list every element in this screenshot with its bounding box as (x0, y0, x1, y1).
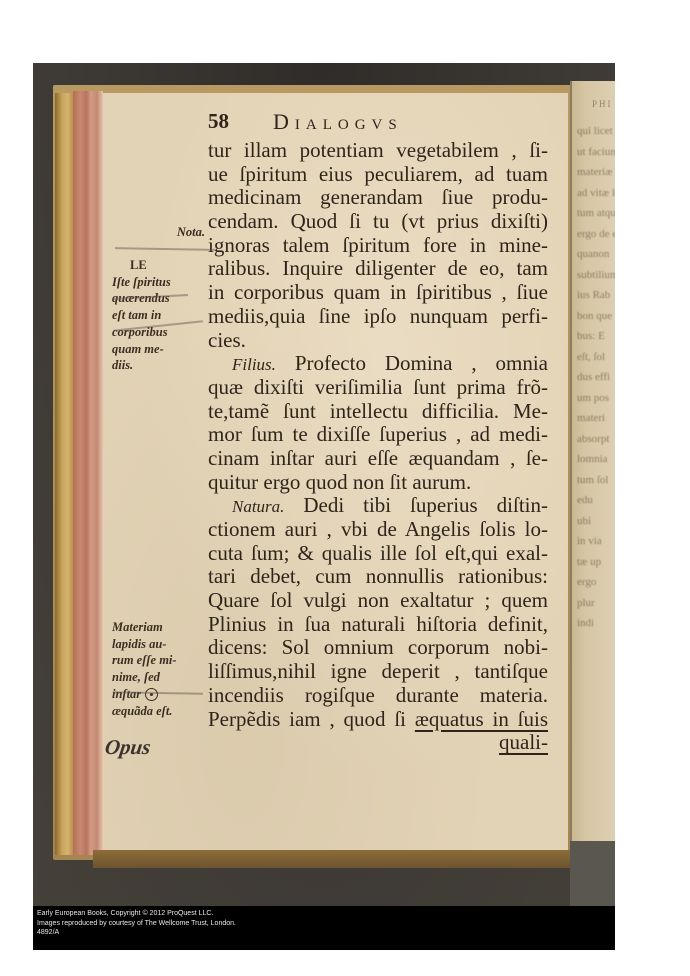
marginal-line: quam me- (112, 341, 207, 358)
facing-line: ubi (577, 511, 615, 532)
text-line: ctionem auri , vbi de Angelis ſolis lo- (208, 518, 548, 542)
text-line: quæ dixiſti veriſimilia ſunt prima frõ- (208, 376, 548, 400)
text-line: cies. (208, 329, 548, 353)
text-line: te,tamẽ ſunt intellectu difficilia. Me- (208, 400, 548, 424)
facing-line: ut faciunt (577, 142, 615, 163)
text-line: cinam inſtar auri eſſe æquandam , ſe- (208, 447, 548, 471)
facing-line: bon que (577, 306, 615, 327)
facing-page-edge: PHI qui licet ha ut faciunt materiæ ad v… (570, 81, 615, 841)
marginal-line-sun: inſtar (112, 686, 207, 703)
manicule-mark: LE (112, 257, 207, 274)
facing-line: subtilium (577, 265, 615, 286)
facing-line: absorpt (577, 429, 615, 450)
facing-line: edu (577, 490, 615, 511)
footer-courtesy: Images reproduced by courtesy of The Wel… (37, 919, 615, 929)
text-line: medicinam generandam ſiue produ- (208, 186, 548, 210)
facing-line: lomnia (577, 449, 615, 470)
facing-line: plur (577, 593, 615, 614)
facing-line: ergo de ea (577, 224, 615, 245)
text-line: mediis,quia ſine ipſo nunquam perfi- (208, 305, 548, 329)
text-line-natura: Natura. Dedi tibi ſuperius diſtin- (208, 494, 548, 518)
text-line: quitur ergo quod non ſit aurum. (208, 471, 548, 495)
body-text: tur illam potentiam vegetabilem , ſi- ue… (208, 139, 548, 755)
running-title: Dialogvs (273, 109, 403, 135)
book-scan: PHI qui licet ha ut faciunt materiæ ad v… (33, 63, 615, 906)
running-head: 58 Dialogvs (208, 109, 508, 133)
text-line: Quare ſol vulgi non exaltatur ; quem (208, 589, 548, 613)
handwritten-annotation: Opus (103, 735, 152, 760)
page-number: 58 (208, 109, 229, 134)
footer-shelfmark: 4892/A (37, 928, 615, 938)
facing-line: quanon (577, 244, 615, 265)
marginal-nota: Nota. (115, 224, 205, 241)
text-line: cuta ſum; & qualis ille ſol eſt,qui exal… (208, 542, 548, 566)
facing-line: um pos (577, 388, 615, 409)
underlined-text: æquatus in ſuis (415, 707, 548, 731)
facing-page-text: qui licet ha ut faciunt materiæ ad vitæ … (577, 121, 615, 634)
page-bottom-edge (93, 850, 571, 868)
gilt-edge (55, 93, 73, 855)
text-line: incendiis rogiſque durante materia. (208, 684, 548, 708)
marginal-line: nime, ſed (112, 669, 207, 686)
text-line: in corporibus quam in ſpiritibus , ſiue (208, 281, 548, 305)
text-line: tur illam potentiam vegetabilem , ſi- (208, 139, 548, 163)
text-line-underlined: Perpẽdis iam , quod ſi æquatus in ſuis (208, 708, 548, 732)
facing-line: materi (577, 408, 615, 429)
marginal-line: Iſte ſpiritus (112, 274, 207, 291)
marginal-line: Materiam (112, 619, 207, 636)
facing-line: tum atque (577, 203, 615, 224)
facing-line: ergo (577, 572, 615, 593)
text-segment: Profecto Domina , omnia (295, 351, 548, 375)
facing-line: tum ſol (577, 470, 615, 491)
catchword: quali- (499, 730, 548, 754)
text-line: ignoras talem ſpiritum fore in mine- (208, 234, 548, 258)
text-line: dicens: Sol omnium corporum nobi- (208, 636, 548, 660)
facing-line: materiæ (577, 162, 615, 183)
marginal-note-materiam: Materiam lapidis au- rum eſſe mi- nime, … (112, 619, 207, 719)
text-line: cendam. Quod ſi tu (vt prius dixiſti) (208, 210, 548, 234)
facing-page-shadow (570, 841, 615, 906)
text-segment: Perpẽdis iam , quod ſi (208, 707, 406, 731)
marginal-text: inſtar (112, 687, 141, 701)
facing-line: eſt, ſol (577, 347, 615, 368)
facing-line: ius Rab (577, 285, 615, 306)
speaker-filius: Filius. (232, 355, 276, 374)
marginal-line: lapidis au- (112, 636, 207, 653)
facing-line: indi (577, 613, 615, 634)
text-line: ue ſpiritum eius peculiarem, ad tuam (208, 163, 548, 187)
text-line-filius: Filius. Profecto Domina , omnia (208, 352, 548, 376)
marginal-line: æquãda eſt. (112, 703, 207, 720)
facing-line: tæ up (577, 552, 615, 573)
speaker-natura: Natura. (232, 497, 284, 516)
red-page-edge (73, 91, 103, 855)
facing-line: qui licet ha (577, 121, 615, 142)
text-line: mor ſum te dixiſſe ſuperius , ad medi- (208, 423, 548, 447)
footer-copyright: Early European Books, Copyright © 2012 P… (37, 909, 615, 919)
text-line: tari debet, cum nonnullis rationibus: (208, 565, 548, 589)
facing-line: ad vitæ lo (577, 183, 615, 204)
text-line: liſſimus,nihil igne deperit , tantiſque (208, 660, 548, 684)
copyright-footer: Early European Books, Copyright © 2012 P… (33, 906, 615, 950)
facing-page-head: PHI (592, 99, 613, 109)
text-segment: Dedi tibi ſuperius diſtin- (303, 493, 548, 517)
text-line: ralibus. Inquire diligenter de eo, tam (208, 257, 548, 281)
sun-symbol-icon (145, 688, 158, 701)
facing-line: in via (577, 531, 615, 552)
marginal-note-spiritus: LE Iſte ſpiritus quærendus eſt tam in co… (112, 257, 207, 374)
catchword-line: quali- (208, 731, 548, 755)
facing-line: dus effi (577, 367, 615, 388)
marginal-line: rum eſſe mi- (112, 652, 207, 669)
text-line: Plinius in ſua naturali hiſtoria definit… (208, 613, 548, 637)
marginal-line: diis. (112, 357, 207, 374)
facing-line: bus: E (577, 326, 615, 347)
